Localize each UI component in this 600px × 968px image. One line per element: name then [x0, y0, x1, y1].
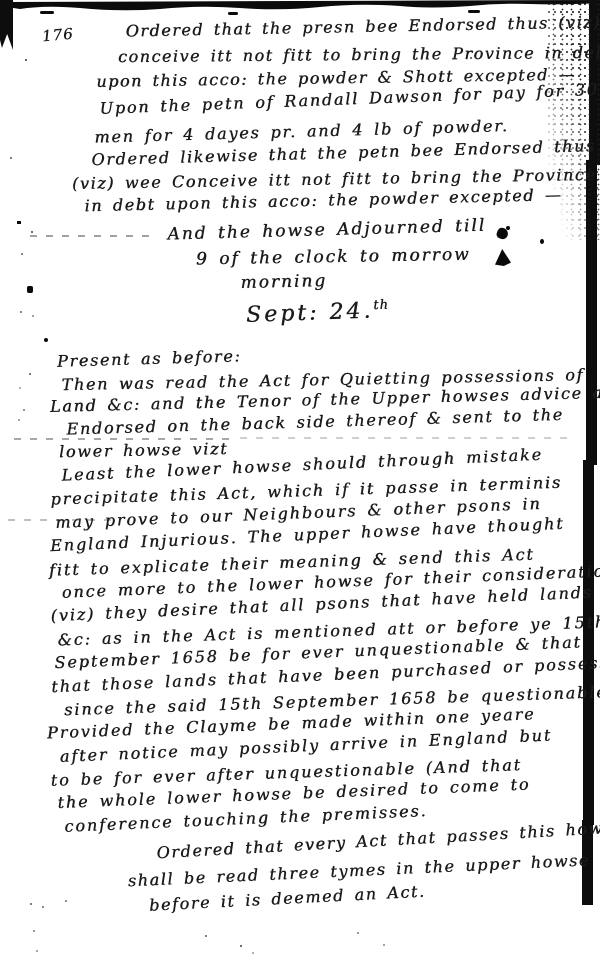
ink-blot [44, 338, 48, 342]
date-heading-month: Sept: [246, 300, 320, 328]
page-speckles [0, 0, 2, 2]
manuscript-page: 176 Ordered that the presn bee Endorsed … [0, 0, 600, 968]
ink-blot [17, 221, 21, 224]
date-heading-ordinal: th [373, 298, 389, 314]
date-heading: Sept: 24.th [246, 298, 390, 328]
paragraph-upper-howse-advice: Least the lower howse should through mis… [0, 444, 600, 840]
date-heading-day: 24. [329, 298, 374, 325]
paragraph-order-endorsed-likewise: Ordered likewise that the petn bee Endor… [0, 137, 600, 219]
paragraph-adjournment: And the howse Adjourned till 9 of the cl… [0, 213, 600, 301]
